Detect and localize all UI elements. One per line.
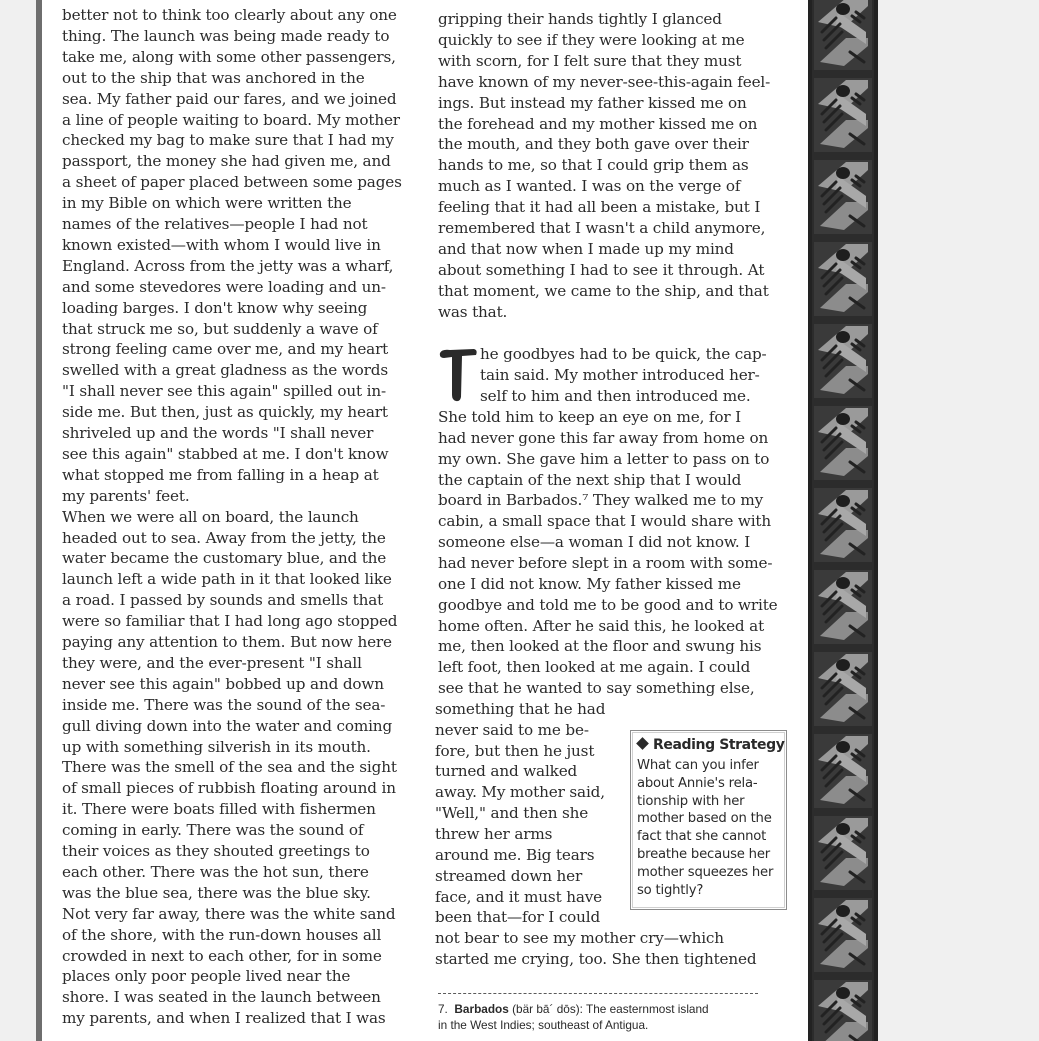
text-line: each other. There was the hot sun, there — [62, 862, 369, 883]
footnote-line-2: in the West Indies; southeast of Antigua… — [438, 1018, 709, 1034]
text-line: and some stevedores were loading and un- — [62, 277, 386, 298]
text-line: a sheet of paper placed between some pag… — [62, 172, 402, 193]
text-line: sea. My father paid our fares, and we jo… — [62, 89, 396, 110]
text-line: around me. Big tears — [435, 845, 594, 866]
text-line: hands to me, so that I could grip them a… — [438, 155, 749, 176]
text-line: something that he had — [435, 699, 605, 720]
text-line: was the blue sea, there was the blue sky… — [62, 883, 371, 904]
text-line: swelled with a great gladness as the wor… — [62, 360, 388, 381]
text-line: checked my bag to make sure that I had m… — [62, 130, 394, 151]
reading-strategy-line: What can you infer — [637, 757, 759, 775]
text-line: fore, but then he just — [435, 741, 594, 762]
footnote-7: 7. Barbados (bär bā´ dōs): The easternmo… — [438, 1002, 709, 1033]
text-line: were so familiar that I had long ago sto… — [62, 611, 397, 632]
text-line: shriveled up and the words "I shall neve… — [62, 423, 373, 444]
text-line: had never before slept in a room with so… — [438, 553, 772, 574]
text-line: water became the customary blue, and the — [62, 548, 386, 569]
text-line: goodbye and told me to be good and to wr… — [438, 595, 778, 616]
reading-strategy-line: about Annie's rela- — [637, 775, 757, 793]
text-line: side me. But then, just as quickly, my h… — [62, 402, 388, 423]
text-line: names of the relatives—people I had not — [62, 214, 367, 235]
text-line: gripping their hands tightly I glanced — [438, 9, 722, 30]
text-line: launch left a wide path in it that looke… — [62, 569, 392, 590]
text-line: see this again" stabbed at me. I don't k… — [62, 444, 388, 465]
text-line: their voices as they shouted greetings t… — [62, 841, 370, 862]
text-line: started me crying, too. She then tighten… — [435, 949, 756, 970]
text-line: quickly to see if they were looking at m… — [438, 30, 744, 51]
text-line: of small pieces of rubbish floating arou… — [62, 778, 396, 799]
text-line: the forehead and my mother kissed me on — [438, 114, 757, 135]
text-line: crowded in next to each other, for in so… — [62, 946, 382, 967]
text-line: paying any attention to them. But now he… — [62, 632, 392, 653]
footnote-term: Barbados — [454, 1002, 508, 1016]
text-line: coming in early. There was the sound of — [62, 820, 363, 841]
text-line: of the shore, with the run-down houses a… — [62, 925, 381, 946]
text-line: the mouth, and they both gave over their — [438, 134, 749, 155]
text-line: been that—for I could — [435, 907, 600, 928]
footnote-line-1: 7. Barbados (bär bā´ dōs): The easternmo… — [438, 1002, 709, 1018]
text-line: up with something silverish in its mouth… — [62, 737, 371, 758]
reading-strategy-line: so tightly? — [637, 882, 703, 900]
text-line: a road. I passed by sounds and smells th… — [62, 590, 383, 611]
text-line: thing. The launch was being made ready t… — [62, 26, 389, 47]
text-line: self to him and then introduced me. — [480, 386, 751, 407]
reading-strategy-line: mother based on the — [637, 810, 772, 828]
tribal-pattern-icon — [808, 0, 878, 1041]
reading-strategy-line: mother squeezes her — [637, 864, 773, 882]
decorative-border-strip — [808, 0, 878, 1041]
text-line: one I did not know. My father kissed me — [438, 574, 741, 595]
text-line: and that now when I made up my mind — [438, 239, 734, 260]
text-line: feeling that it had all been a mistake, … — [438, 197, 760, 218]
text-line: She told him to keep an eye on me, for I — [438, 407, 741, 428]
text-line: "I shall never see this again" spilled o… — [62, 381, 386, 402]
text-line: left foot, then looked at me again. I co… — [438, 657, 750, 678]
text-line: strong feeling came over me, and my hear… — [62, 339, 388, 360]
text-line: that struck me so, but suddenly a wave o… — [62, 319, 378, 340]
text-line: the captain of the next ship that I woul… — [438, 470, 741, 491]
text-line: better not to think too clearly about an… — [62, 5, 397, 26]
text-line: they were, and the ever-present "I shall — [62, 653, 362, 674]
reading-strategy-title-text: Reading Strategy — [653, 737, 784, 753]
text-line: what stopped me from falling in a heap a… — [62, 465, 379, 486]
footnote-pronunciation: (bär bā´ dōs): — [512, 1002, 583, 1016]
text-line: my parents, and when I realized that I w… — [62, 1008, 386, 1029]
footnote-divider — [438, 993, 758, 994]
reading-strategy-title: Reading Strategy — [637, 737, 784, 753]
text-line: known existed—with whom I would live in — [62, 235, 381, 256]
text-line: Not very far away, there was the white s… — [62, 904, 395, 925]
text-line: never said to me be- — [435, 720, 589, 741]
text-line: tain said. My mother introduced her- — [480, 365, 760, 386]
text-line: have known of my never-see-this-again fe… — [438, 72, 770, 93]
text-line: my parents' feet. — [62, 486, 190, 507]
text-line: much as I wanted. I was on the verge of — [438, 176, 740, 197]
text-line: out to the ship that was anchored in the — [62, 68, 365, 89]
text-line: home often. After he said this, he looke… — [438, 616, 764, 637]
reading-strategy-line: tionship with her — [637, 793, 744, 811]
text-line: board in Barbados.⁷ They walked me to my — [438, 490, 763, 511]
text-line: take me, along with some other passenger… — [62, 47, 396, 68]
text-line: see that he wanted to say something else… — [438, 678, 755, 699]
text-line: headed out to sea. Away from the jetty, … — [62, 528, 386, 549]
text-line: England. Across from the jetty was a wha… — [62, 256, 393, 277]
text-line: threw her arms — [435, 824, 552, 845]
text-line: was that. — [438, 302, 507, 323]
text-line: loading barges. I don't know why seeing — [62, 298, 367, 319]
text-line: remembered that I wasn't a child anymore… — [438, 218, 765, 239]
text-line: inside me. There was the sound of the se… — [62, 695, 385, 716]
text-line: had never gone this far away from home o… — [438, 428, 768, 449]
text-line: he goodbyes had to be quick, the cap- — [480, 344, 767, 365]
text-line: gull diving down into the water and comi… — [62, 716, 392, 737]
footnote-number: 7. — [438, 1002, 448, 1016]
text-line: shore. I was seated in the launch betwee… — [62, 987, 381, 1008]
text-line: "Well," and then she — [435, 803, 588, 824]
text-line: a line of people waiting to board. My mo… — [62, 110, 400, 131]
text-line: places only poor people lived near the — [62, 966, 350, 987]
text-line: passport, the money she had given me, an… — [62, 151, 391, 172]
text-line: not bear to see my mother cry—which — [435, 928, 724, 949]
text-line: ings. But instead my father kissed me on — [438, 93, 747, 114]
text-line: me, then looked at the floor and swung h… — [438, 636, 761, 657]
text-line: it. There were boats filled with fisherm… — [62, 799, 376, 820]
text-line: turned and walked — [435, 761, 577, 782]
footnote-definition: The easternmost island — [586, 1002, 709, 1016]
text-line: with scorn, for I felt sure that they mu… — [438, 51, 741, 72]
drop-cap-letter-t — [438, 347, 478, 403]
text-line: that moment, we came to the ship, and th… — [438, 281, 769, 302]
text-line: someone else—a woman I did not know. I — [438, 532, 750, 553]
text-line: in my Bible on which were written the — [62, 193, 352, 214]
reading-strategy-line: fact that she cannot — [637, 828, 766, 846]
reading-strategy-box: Reading Strategy What can you inferabout… — [630, 730, 787, 910]
reading-strategy-line: breathe because her — [637, 846, 770, 864]
text-line: streamed down her — [435, 866, 582, 887]
text-line: never see this again" bobbed up and down — [62, 674, 384, 695]
text-line: away. My mother said, — [435, 782, 605, 803]
text-line: face, and it must have — [435, 887, 602, 908]
text-line: about something I had to see it through.… — [438, 260, 764, 281]
text-line: cabin, a small space that I would share … — [438, 511, 771, 532]
book-page: better not to think too clearly about an… — [42, 0, 808, 1041]
text-line: When we were all on board, the launch — [62, 507, 359, 528]
text-line: There was the smell of the sea and the s… — [62, 757, 397, 778]
text-line: my own. She gave him a letter to pass on… — [438, 449, 769, 470]
diamond-bullet-icon — [636, 737, 649, 750]
